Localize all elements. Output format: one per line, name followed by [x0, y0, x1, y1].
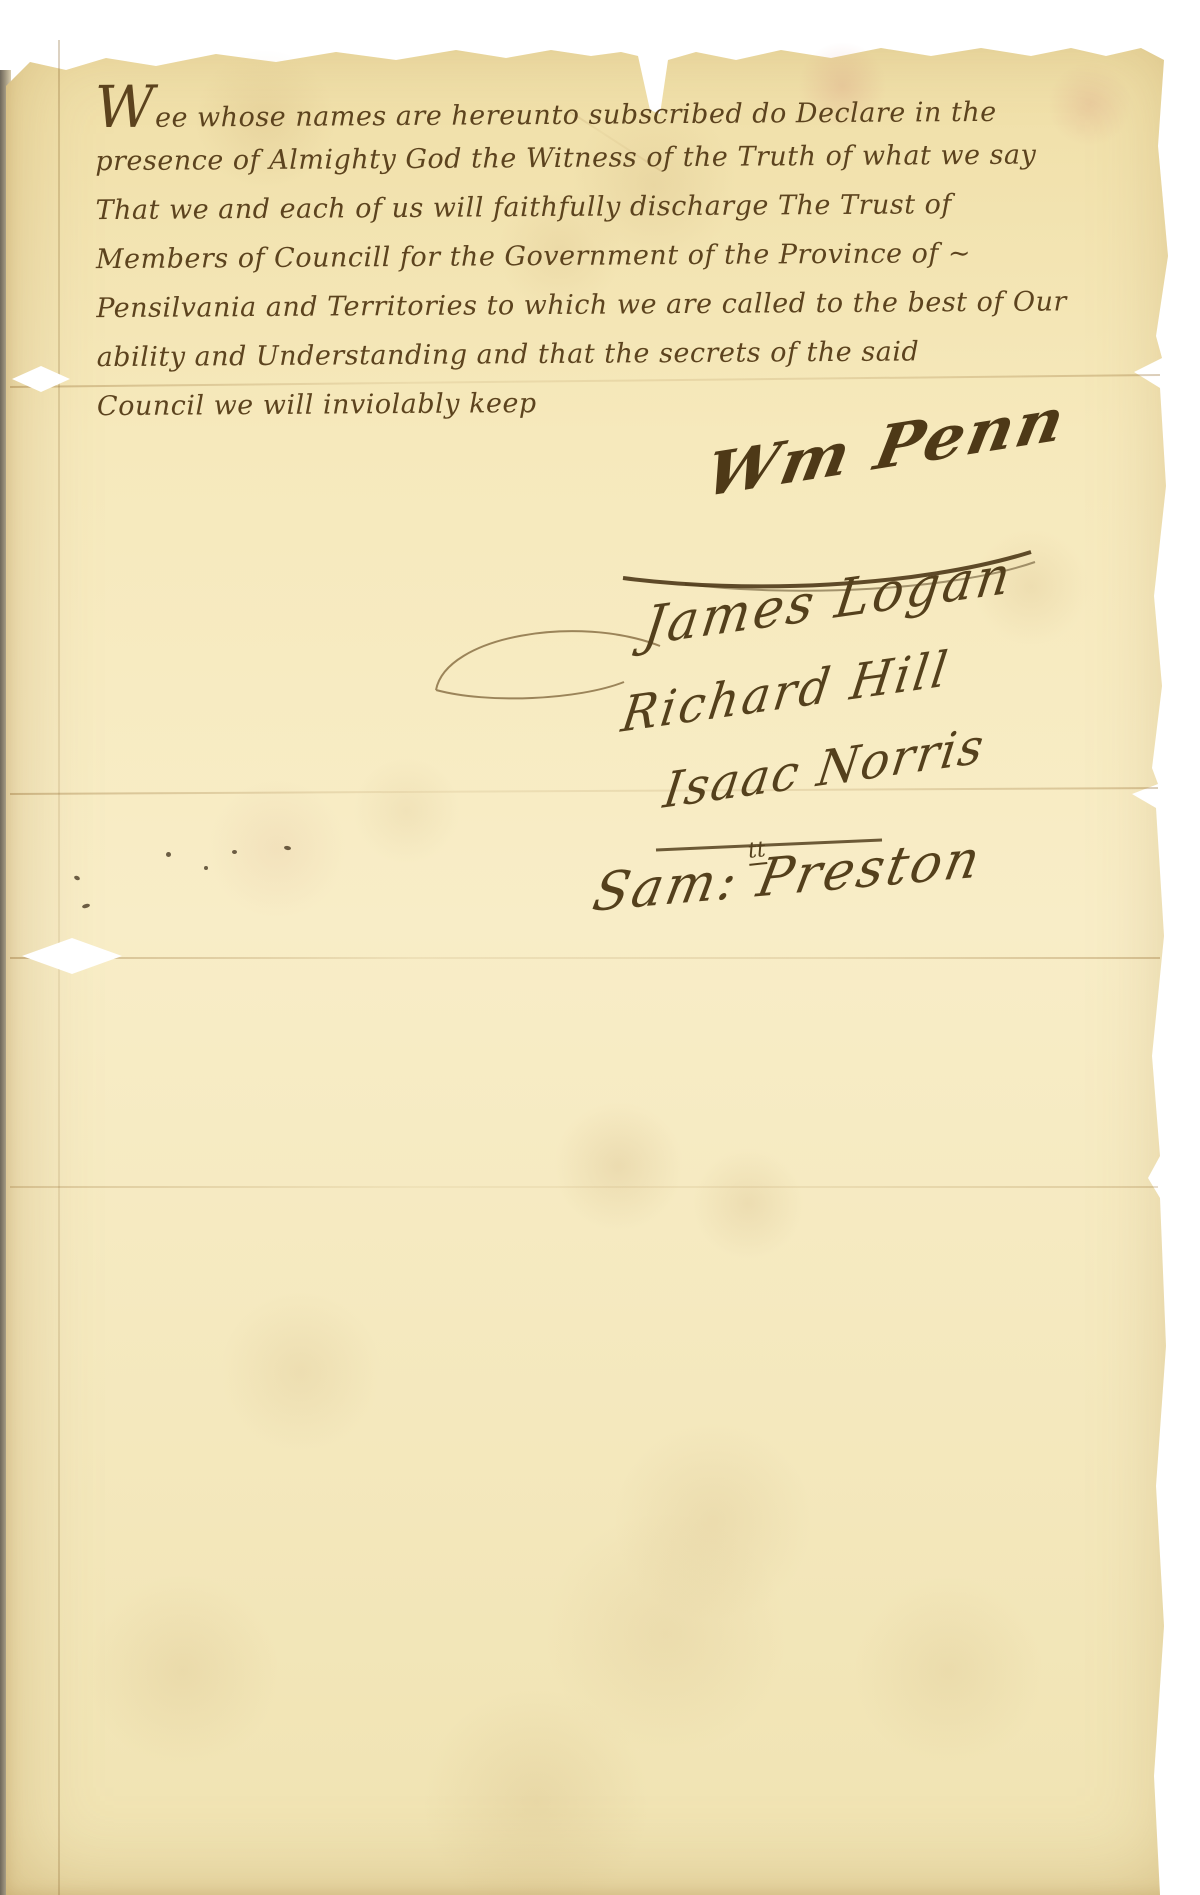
ink-speck — [232, 850, 237, 854]
manuscript-line-1: Wee whose names are hereunto subscribed … — [95, 91, 995, 146]
fold-crease-horizontal-3 — [10, 957, 1160, 959]
manuscript-line-3: That we and each of us will faithfully d… — [95, 189, 995, 244]
manuscript-line-5: Pensilvania and Territories to which we … — [96, 287, 996, 342]
ink-speck — [204, 866, 208, 870]
fold-crease-horizontal-4 — [10, 1186, 1158, 1188]
manuscript-body-text: Wee whose names are hereunto subscribed … — [95, 91, 997, 440]
manuscript-line-4: Members of Councill for the Government o… — [96, 238, 996, 293]
manuscript-line-2: presence of Almighty God the Witness of … — [95, 140, 995, 195]
ink-speck — [166, 852, 171, 857]
manuscript-line-6: ability and Understanding and that the s… — [97, 336, 997, 391]
